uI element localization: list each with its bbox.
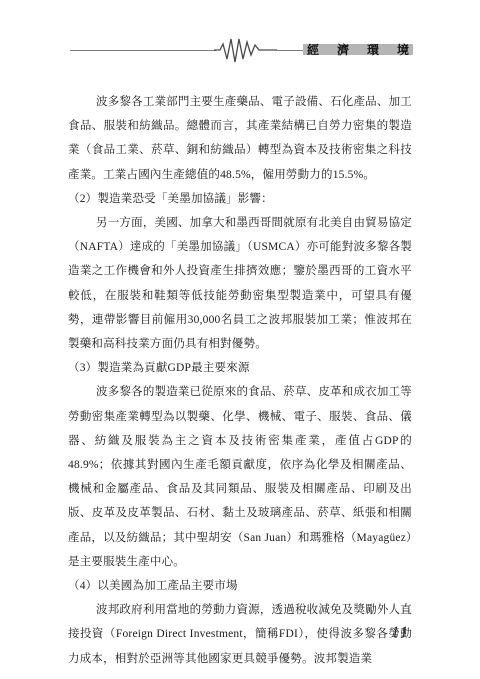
paragraph-usmca-impact: 另一方面，美國、加拿大和墨西哥間就原有北美自由貿易協定（NAFTA）達成的「美墨… — [68, 211, 412, 356]
page-number: 11 — [391, 624, 410, 642]
document-page: 經 濟 環 境 波多黎各工業部門主要生產藥品、電子設備、石化產品、加工食品、服裝… — [0, 0, 480, 679]
paragraph-us-market: 波邦政府利用當地的勞動力資源，透過稅收減免及獎勵外人直接投資（Foreign D… — [68, 598, 412, 671]
section-char: 濟 — [337, 44, 349, 56]
section-char: 環 — [367, 44, 379, 56]
item-heading-2: （2）製造業恐受「美墨加協議」影響： — [68, 187, 412, 211]
item-heading-4: （4）以美國為加工產品主要市場 — [68, 574, 412, 598]
section-label-bar: 經 濟 環 境 — [303, 44, 413, 55]
squiggle-zigzag-icon — [214, 36, 277, 64]
header-rule-right — [276, 50, 306, 51]
item-heading-3: （3）製造業為貢獻GDP最主要來源 — [68, 356, 412, 380]
section-char: 境 — [397, 44, 409, 56]
paragraph-gdp-contribution: 波多黎各的製造業已從原來的食品、菸草、皮革和成衣加工等勞動密集產業轉型為以製藥、… — [68, 380, 412, 574]
section-char: 經 — [307, 44, 319, 56]
header-rule-left — [70, 50, 216, 51]
document-body: 波多黎各工業部門主要生產藥品、電子設備、石化產品、加工食品、服裝和紡織品。總體而… — [68, 90, 412, 671]
paragraph-industry-overview: 波多黎各工業部門主要生產藥品、電子設備、石化產品、加工食品、服裝和紡織品。總體而… — [68, 90, 412, 187]
